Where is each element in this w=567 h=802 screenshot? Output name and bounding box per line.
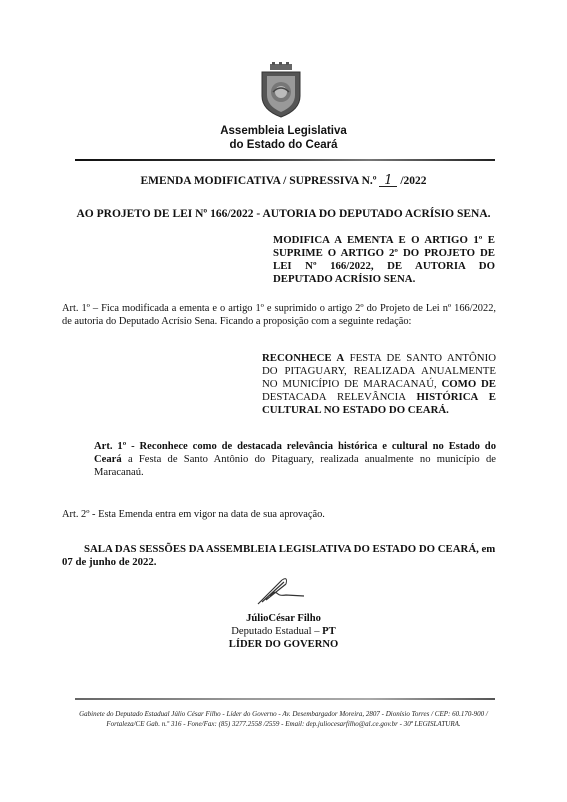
- closing-line-1: SALA DAS SESSÕES DA ASSEMBLEIA LEGISLATI…: [62, 543, 496, 556]
- document-title: EMENDA MODIFICATIVA / SUPRESSIVA N.º 1 /…: [0, 175, 567, 187]
- signer-role-text: Deputado Estadual –: [231, 626, 322, 637]
- article-1-intro-text: Art. 1º – Fica modificada a ementa e o a…: [62, 303, 496, 327]
- title-suffix: /2022: [400, 175, 426, 187]
- article-1-intro: Art. 1º – Fica modificada a ementa e o a…: [62, 302, 496, 328]
- new-article-1-normal: a Festa de Santo Antônio do Pitaguary, r…: [94, 454, 496, 478]
- closing-statement: SALA DAS SESSÕES DA ASSEMBLEIA LEGISLATI…: [62, 543, 496, 569]
- title-prefix: EMENDA MODIFICATIVA / SUPRESSIVA N.º: [140, 175, 376, 187]
- signer-party: PT: [322, 626, 336, 637]
- amendment-number: 1: [379, 175, 397, 187]
- header-divider: [75, 159, 495, 161]
- signer-position: LÍDER DO GOVERNO: [0, 638, 567, 651]
- footer-address-line-1: Gabinete do Deputado Estadual Júlio Césa…: [0, 709, 567, 719]
- amendment-summary: MODIFICA A EMENTA E O ARTIGO 1º E SUPRIM…: [273, 234, 495, 286]
- new-summary: RECONHECE A FESTA DE SANTO ANTÔNIO DO PI…: [262, 352, 496, 417]
- article-2: Art. 2º - Esta Emenda entra em vigor na …: [62, 509, 325, 520]
- new-summary-part4: DESTACADA RELEVÂNCIA: [262, 391, 405, 403]
- signer-role: Deputado Estadual – PT: [0, 625, 567, 638]
- new-summary-part3: COMO DE: [441, 378, 496, 390]
- closing-date: 07 de junho de 2022.: [62, 556, 496, 569]
- institution-state: do Estado do Ceará: [0, 138, 567, 152]
- footer-divider: [75, 698, 495, 700]
- new-article-1: Art. 1º - Reconhece como de destacada re…: [94, 440, 496, 479]
- new-summary-part1: RECONHECE A: [262, 352, 344, 364]
- signer-name: JúlioCésar Filho: [0, 612, 567, 625]
- state-coat-of-arms-icon: [258, 62, 304, 118]
- institution-name: Assembleia Legislativa: [0, 124, 567, 138]
- bill-reference: AO PROJETO DE LEI Nº 166/2022 - AUTORIA …: [0, 208, 567, 220]
- handwritten-signature: [252, 576, 312, 606]
- footer-address-line-2: Fortaleza/CE Gab. n.º 316 - Fone/Fax: (8…: [0, 719, 567, 729]
